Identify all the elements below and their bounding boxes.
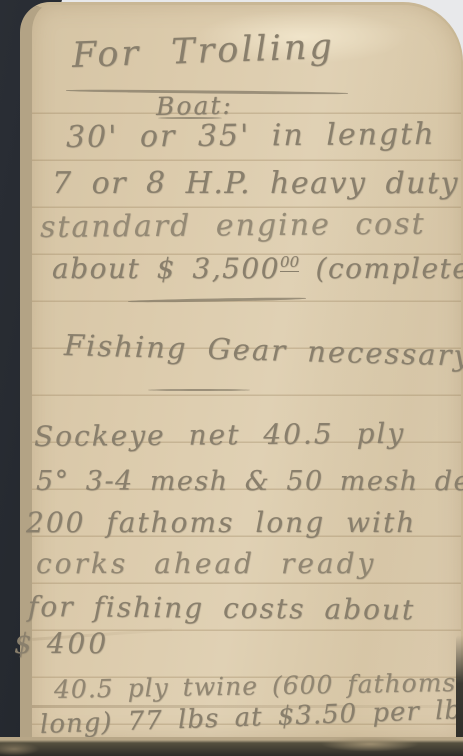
gear-underline [148,389,250,391]
handwritten-line-fishing-cost: for fishing costs about [28,590,416,626]
handwritten-line-length: 30' or 35' in length [66,117,436,155]
cost-cents-superscript: 00 [280,253,299,272]
handwritten-line-horsepower: 7 or 8 H.P. heavy duty [52,166,459,201]
handwritten-line-sockeye-net: Sockeye net 40.5 ply [34,417,406,453]
handwritten-line-engine-cost: about $ 3,50000 (complete) [52,252,463,285]
handwritten-line-mesh: 5° 3-4 mesh & 50 mesh deep [36,466,463,497]
handwritten-line-net-price: $ 400 [14,627,109,660]
handwritten-line-fathoms: 200 fathoms long with [26,506,416,539]
notebook-photo: For Trolling Boat: 30' or 35' in length … [0,0,463,756]
handwritten-line-engine: standard engine cost [40,207,426,245]
bottom-page-stack [0,737,463,756]
handwritten-line-corks: corks ahead ready [36,547,376,580]
cost-note: (complete) [316,252,463,285]
cost-amount: about $ 3,500 [52,252,280,285]
